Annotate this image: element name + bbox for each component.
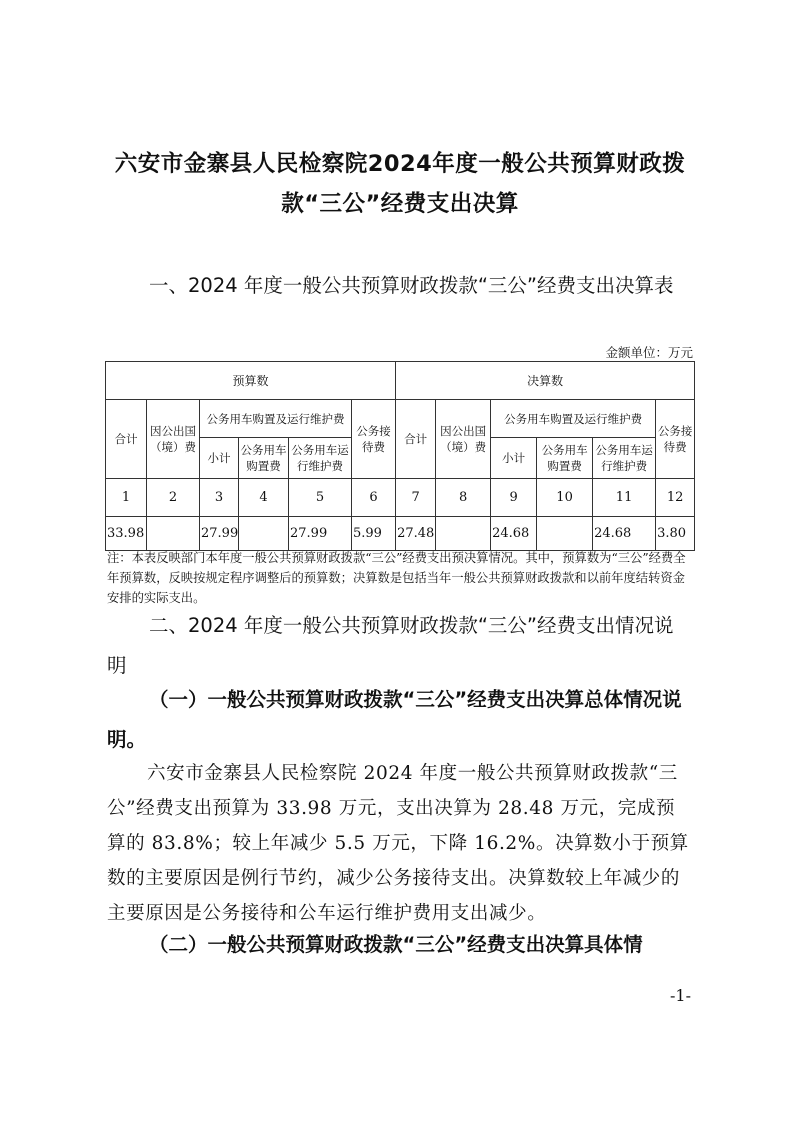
section2-heading: 二、2024 年度一般公共预算财政拨款“三公”经费支出情况说明 [107, 606, 693, 686]
cell-final-vehicle-subtotal: 24.68 [491, 517, 537, 551]
header-vehicle: 公务用车购置及运行维护费 [491, 400, 656, 438]
header-abroad: 因公出国（境）费 [147, 400, 200, 479]
col-number: 10 [537, 479, 593, 517]
subsection1-body: 六安市金寨县人民检察院 2024 年度一般公共预算财政拨款“三公”经费支出预算为… [107, 756, 693, 931]
table-group-header-row: 预算数 决算数 [106, 362, 695, 400]
col-number: 5 [289, 479, 352, 517]
header-vehicle-operation: 公务用车运行维护费 [289, 438, 352, 479]
page-number: -1- [670, 986, 691, 1005]
header-vehicle-operation: 公务用车运行维护费 [593, 438, 656, 479]
cell-final-vehicle-purchase [537, 517, 593, 551]
document-title-line2: 款“三公”经费支出决算 [100, 186, 700, 218]
cell-budget-vehicle-operation: 27.99 [289, 517, 352, 551]
header-budget: 预算数 [106, 362, 396, 400]
header-abroad: 因公出国（境）费 [436, 400, 491, 479]
col-number: 12 [656, 479, 695, 517]
cell-budget-reception: 5.99 [352, 517, 396, 551]
header-final: 决算数 [396, 362, 695, 400]
header-reception: 公务接待费 [352, 400, 396, 479]
cell-final-abroad [436, 517, 491, 551]
cell-final-total: 27.48 [396, 517, 436, 551]
col-number: 4 [239, 479, 289, 517]
header-vehicle-purchase: 公务用车购置费 [239, 438, 289, 479]
col-number: 2 [147, 479, 200, 517]
header-subtotal: 小计 [200, 438, 239, 479]
header-vehicle-purchase: 公务用车购置费 [537, 438, 593, 479]
col-number: 3 [200, 479, 239, 517]
header-total: 合计 [106, 400, 147, 479]
document-title-line1: 六安市金寨县人民检察院2024年度一般公共预算财政拨 [100, 146, 700, 178]
cell-final-vehicle-operation: 24.68 [593, 517, 656, 551]
cell-budget-total: 33.98 [106, 517, 147, 551]
col-number: 1 [106, 479, 147, 517]
section1-heading: 一、2024 年度一般公共预算财政拨款“三公”经费支出决算表 [107, 266, 693, 306]
column-number-row: 1 2 3 4 5 6 7 8 9 10 11 12 [106, 479, 695, 517]
cell-budget-abroad [147, 517, 200, 551]
cell-final-reception: 3.80 [656, 517, 695, 551]
table-header-row: 合计 因公出国（境）费 公务用车购置及运行维护费 公务接待费 合计 因公出国（境… [106, 400, 695, 438]
header-subtotal: 小计 [491, 438, 537, 479]
subsection1-heading: （一）一般公共预算财政拨款“三公”经费支出决算总体情况说明。 [107, 680, 693, 760]
table-unit-label: 金额单位：万元 [605, 343, 693, 361]
table-note: 注：本表反映部门本年度一般公共预算财政拨款“三公”经费支出预决算情况。其中，预算… [107, 548, 695, 608]
table-row: 33.98 27.99 27.99 5.99 27.48 24.68 24.68… [106, 517, 695, 551]
col-number: 8 [436, 479, 491, 517]
col-number: 6 [352, 479, 396, 517]
col-number: 9 [491, 479, 537, 517]
subsection2-heading: （二）一般公共预算财政拨款“三公”经费支出决算具体情 [107, 925, 693, 965]
cell-budget-vehicle-subtotal: 27.99 [200, 517, 239, 551]
three-public-expenses-table: 预算数 决算数 合计 因公出国（境）费 公务用车购置及运行维护费 公务接待费 合… [105, 361, 695, 551]
cell-budget-vehicle-purchase [239, 517, 289, 551]
col-number: 7 [396, 479, 436, 517]
header-vehicle: 公务用车购置及运行维护费 [200, 400, 352, 438]
header-total: 合计 [396, 400, 436, 479]
header-reception: 公务接待费 [656, 400, 695, 479]
col-number: 11 [593, 479, 656, 517]
